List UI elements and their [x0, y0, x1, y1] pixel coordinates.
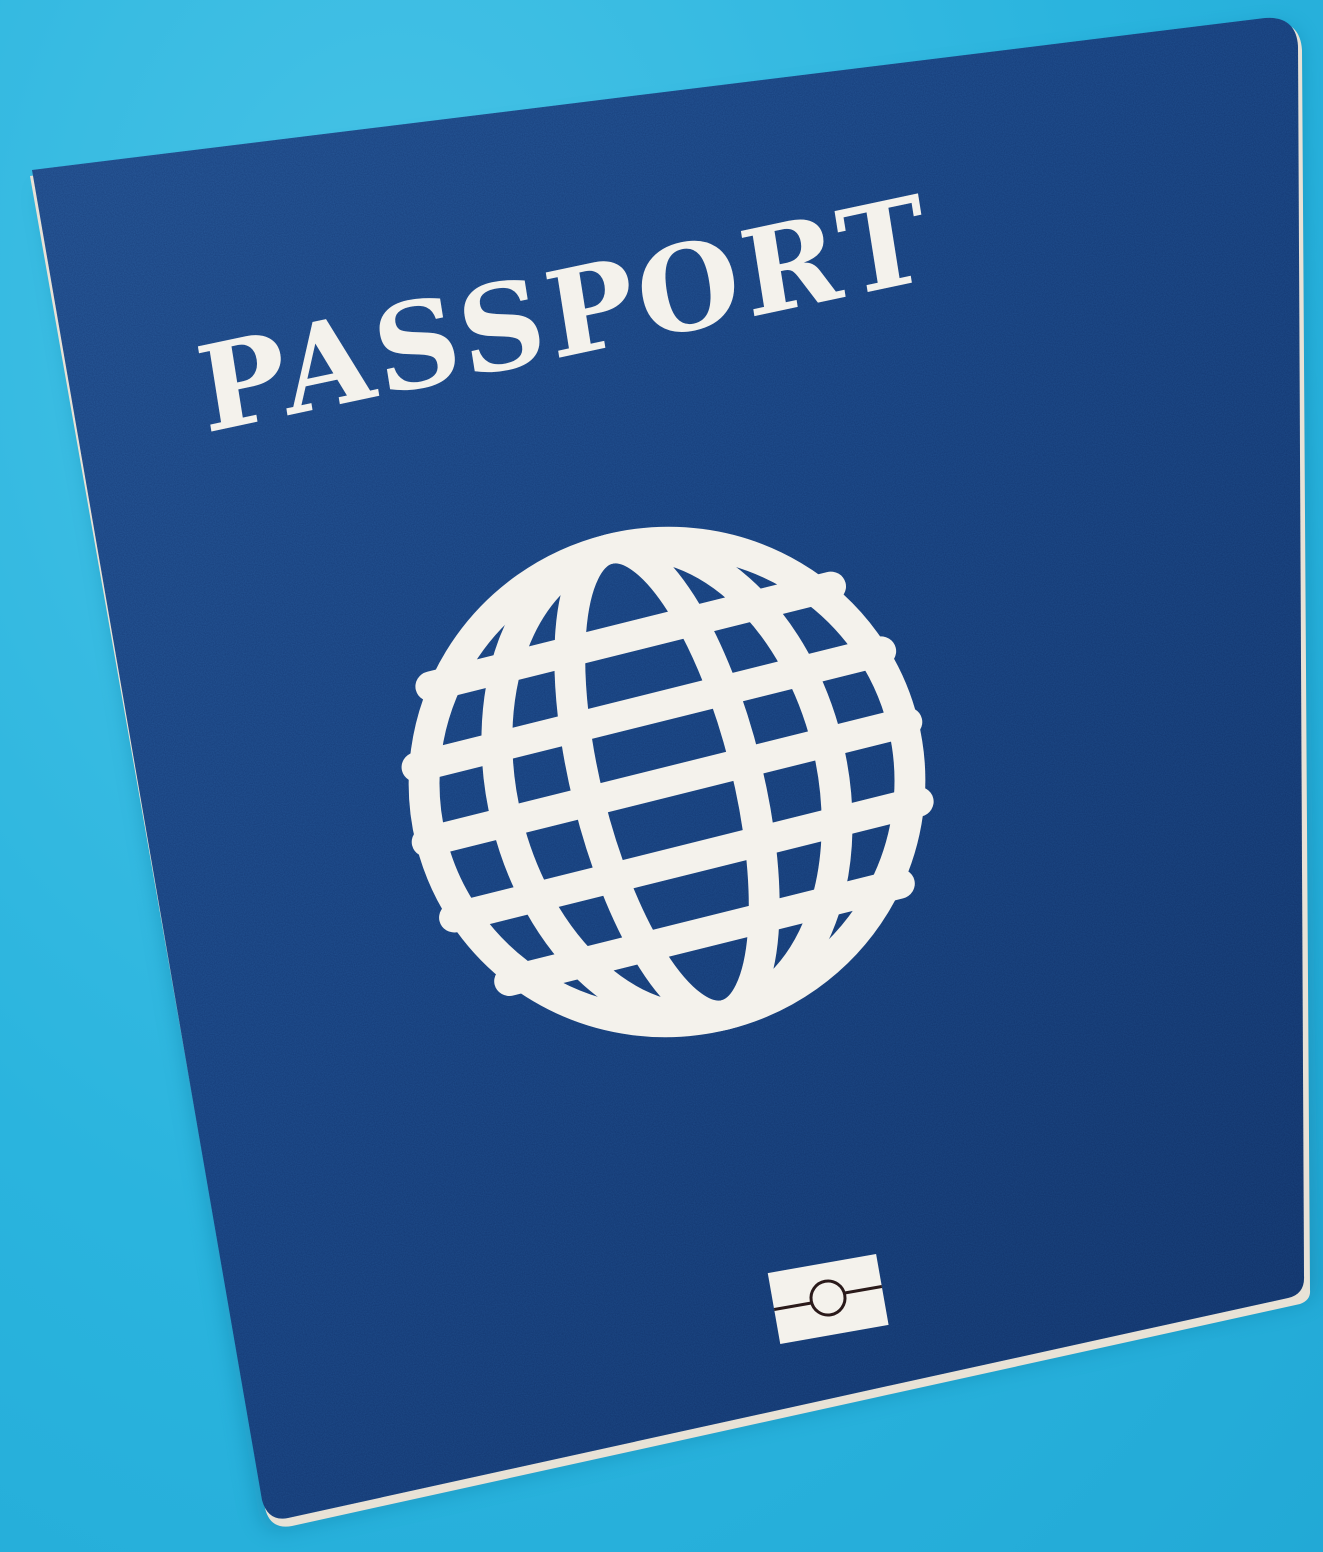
passport-scene: PASSPORT: [0, 0, 1323, 1552]
